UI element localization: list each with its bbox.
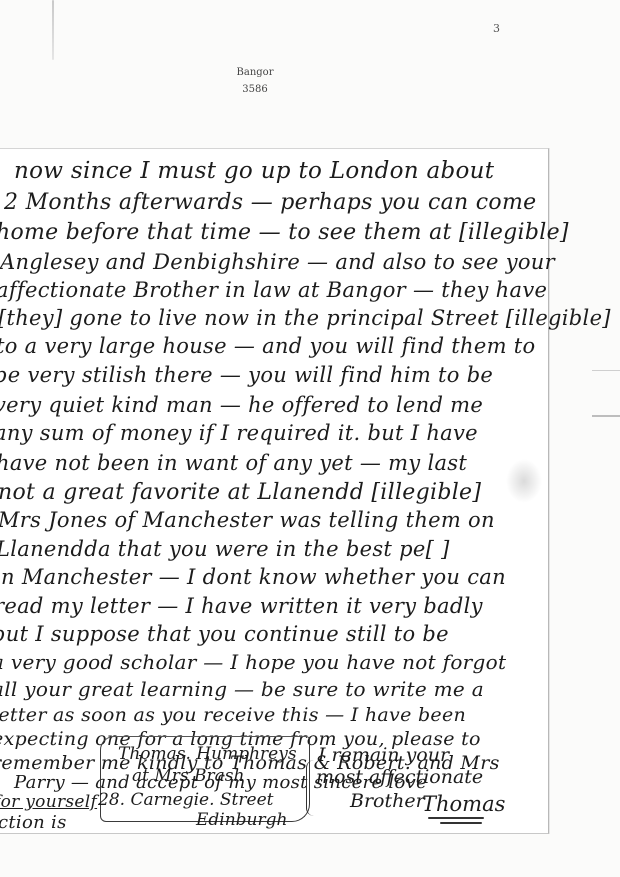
letter-line: all your great learning — be sure to wri…: [0, 677, 484, 701]
letter-line: but I suppose that you continue still to…: [0, 622, 449, 646]
letter-line: 2 Months afterwards — perhaps you can co…: [4, 190, 536, 215]
letter-line: very quiet kind man — he offered to lend…: [0, 393, 483, 417]
address-care-of: at Mrs Brash: [132, 766, 244, 786]
letter-line: Anglesey and Denbighshire — and also to …: [0, 250, 555, 274]
address-city: Edinburgh: [196, 810, 287, 830]
archive-reference: 3586: [215, 81, 295, 98]
letter-line: any sum of money if I required it. but I…: [0, 421, 478, 445]
letter-line: have not been in want of any yet — my la…: [0, 451, 467, 475]
closing-line: most affectionate: [316, 766, 483, 788]
letter-line: not a great favorite at Llanendd [illegi…: [0, 480, 481, 505]
letter-line: to a very large house — and you will fin…: [0, 334, 535, 358]
fold-mark: [592, 415, 620, 417]
signature-underline: [440, 822, 482, 824]
letter-line: read my letter — I have written it very …: [0, 594, 483, 618]
closing-bracket: [306, 760, 315, 816]
signature: Thomas: [422, 792, 505, 816]
letter-line: Mrs Jones of Manchester was telling them…: [0, 508, 495, 532]
letter-line: Llanendda that you were in the best pe[ …: [0, 537, 450, 561]
letter-line: affectionate Brother in law at Bangor — …: [0, 278, 547, 302]
letter-line: a very good scholar — I hope you have no…: [0, 650, 506, 674]
address-name: Thomas. Humphreys: [118, 744, 297, 764]
archive-label: Bangor 3586: [215, 64, 295, 98]
paper-stain: [506, 459, 542, 503]
closing-line: I remain your: [318, 744, 449, 766]
letter-line: be very stilish there — you will find hi…: [0, 363, 493, 387]
page-number: 3: [493, 22, 500, 35]
binding-mark: [52, 0, 54, 60]
letter-line: in Manchester — I dont know whether you …: [0, 565, 506, 589]
signature-underline: [428, 817, 484, 819]
letter-line: [they] gone to live now in the principal…: [0, 306, 611, 330]
archive-collection: Bangor: [215, 64, 295, 81]
fold-mark: [592, 370, 620, 371]
closing-line: Brother: [350, 790, 425, 812]
letter-line: home before that time — to see them at […: [0, 220, 569, 245]
letter-line: for yourself: [0, 792, 97, 812]
scanned-page: 3 Bangor 3586 now since I must go up to …: [0, 0, 620, 877]
address-street: 28. Carnegie. Street: [98, 790, 273, 810]
letter-line: letter as soon as you receive this — I h…: [0, 704, 466, 726]
margin-fragment: ction is: [0, 812, 67, 833]
letter-line: now since I must go up to London about: [14, 158, 494, 184]
